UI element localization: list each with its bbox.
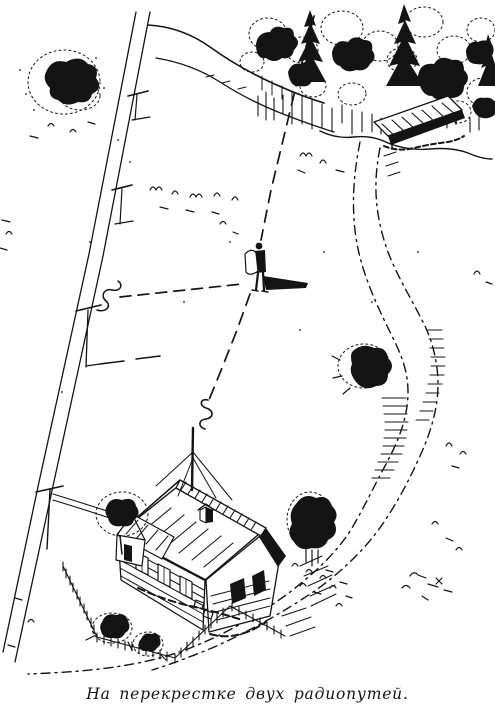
bush-dark-bottom (287, 492, 337, 566)
bush-road-bend (332, 344, 392, 394)
figure-caption: На перекрестке двух радиопутей. (0, 685, 495, 703)
dashed-ray (209, 294, 250, 400)
bush-top-left (28, 50, 100, 114)
field-specks (19, 57, 419, 393)
listener-figure (245, 243, 308, 292)
dashed-ray (120, 284, 242, 297)
figure-shadow (263, 276, 308, 290)
radio-path-from-line (97, 281, 242, 364)
foliage-clump (472, 98, 495, 119)
foliage-clump (332, 37, 375, 71)
forest-shed (374, 96, 465, 148)
figure-legs (256, 272, 264, 290)
fir-tree (386, 4, 424, 86)
forest (240, 4, 495, 159)
foliage-clump (256, 27, 298, 61)
road-bank-hatch (416, 330, 445, 420)
line-pole (128, 91, 150, 120)
house (116, 428, 286, 636)
annex-door (124, 544, 132, 562)
figure-head (256, 243, 263, 250)
foliage-clump (418, 58, 468, 101)
road-bank-hatch (282, 556, 336, 636)
radio-wave-squiggle (97, 281, 121, 311)
held-paper (245, 250, 258, 274)
road-bank-hatch (372, 398, 408, 478)
book-page: На перекрестке двух радиопутей. (0, 0, 495, 728)
illustration-canvas (0, 0, 495, 728)
yard-bushes (86, 613, 166, 660)
radio-wave-squiggle (200, 400, 212, 429)
